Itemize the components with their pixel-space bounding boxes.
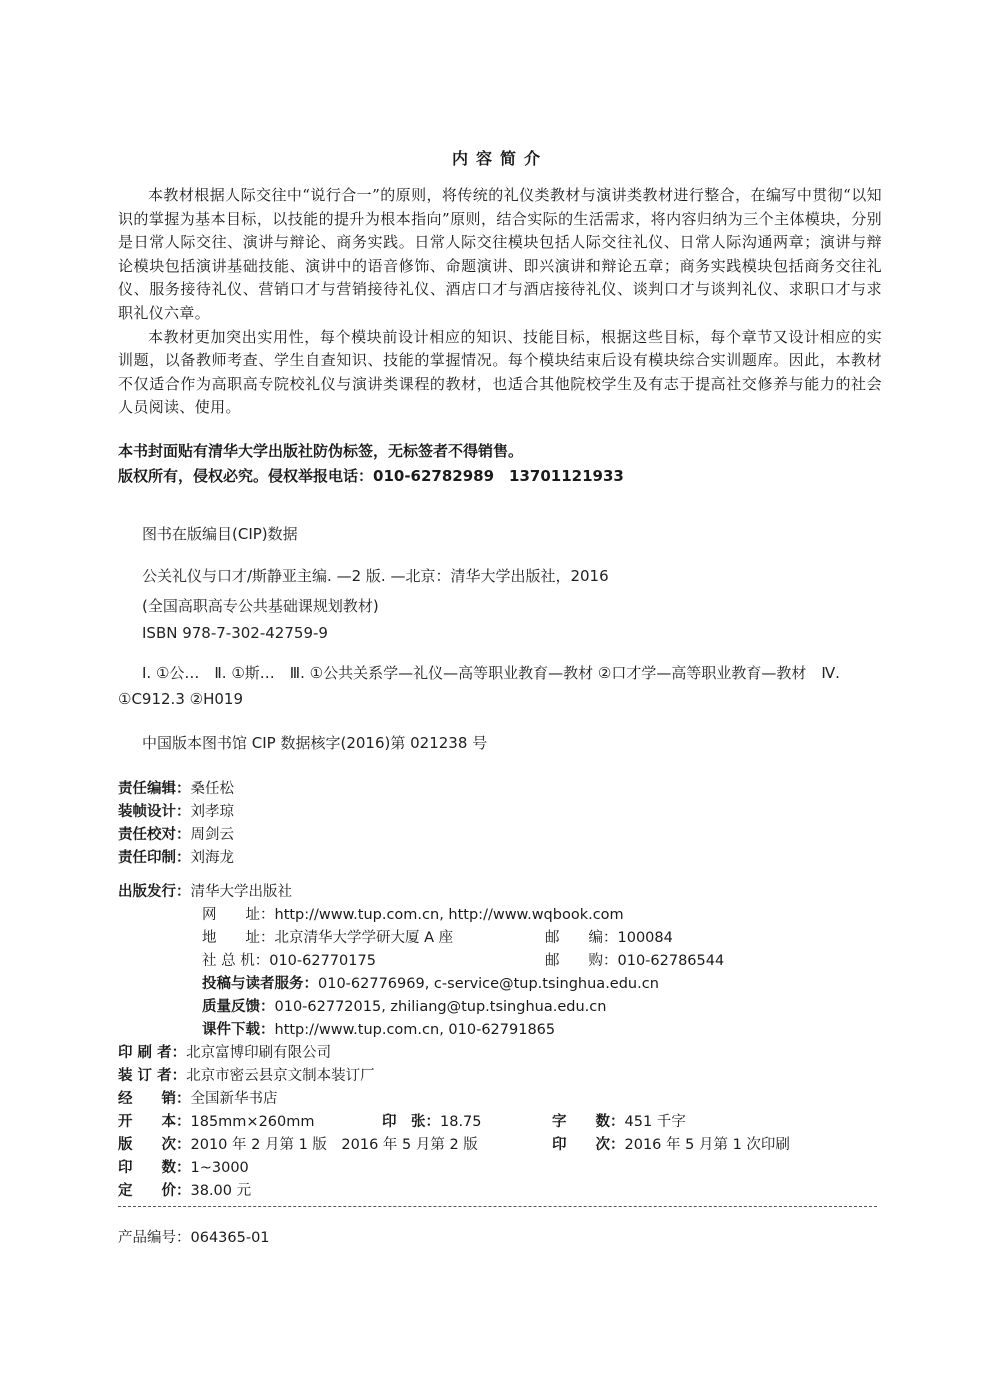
staff-label: 责任校对：	[118, 823, 191, 844]
staff-label: 装帧设计：	[118, 800, 191, 821]
impression-row: 印 次：2016 年 5 月第 1 次印刷	[552, 1133, 790, 1154]
staff-value: 桑任松	[191, 781, 235, 797]
staff-print-manager: 责任印制：刘海龙	[118, 846, 234, 867]
switchboard-row: 社 总 机：010-62770175	[202, 949, 376, 970]
cip-heading: 图书在版编目(CIP)数据	[142, 523, 298, 544]
binder-label: 装 订 者：	[118, 1064, 186, 1085]
wordcount-label: 字 数：	[552, 1110, 625, 1131]
cip-classification-text: Ⅰ. ①公… Ⅱ. ①斯… Ⅲ. ①公共关系学—礼仪—高等职业教育—教材 ②口才…	[118, 660, 882, 712]
distributor-value: 全国新华书店	[191, 1091, 278, 1107]
cip-record: 中国版本图书馆 CIP 数据核字(2016)第 021238 号	[142, 732, 487, 753]
courseware-row: 课件下载：http://www.tup.com.cn, 010-62791865	[202, 1018, 555, 1039]
address-value: 北京清华大学学研大厦 A 座	[275, 930, 454, 946]
staff-value: 刘海龙	[191, 850, 235, 866]
courseware-value: http://www.tup.com.cn, 010-62791865	[275, 1022, 556, 1038]
staff-label: 责任编辑：	[118, 777, 191, 798]
page-title: 内容简介	[0, 146, 1000, 169]
edition-label: 版 次：	[118, 1133, 191, 1154]
price-value: 38.00 元	[191, 1183, 252, 1199]
copyright-notice: 版权所有，侵权必究。侵权举报电话：010-62782989 1370112193…	[118, 465, 624, 486]
address-row: 地 址：北京清华大学学研大厦 A 座	[202, 926, 453, 947]
distributor-row: 经 销：全国新华书店	[118, 1087, 278, 1108]
wordcount-row: 字 数：451 千字	[552, 1110, 686, 1131]
distributor-label: 经 销：	[118, 1087, 191, 1108]
print-run-label: 印 数：	[118, 1156, 191, 1177]
mail-order-row: 邮 购：010-62786544	[545, 949, 724, 970]
publisher-row: 出版发行：清华大学出版社	[118, 880, 292, 901]
intro-paragraph-1: 本教材根据人际交往中“说行合一”的原则，将传统的礼仪类教材与演讲类教材进行整合，…	[118, 184, 882, 326]
postcode-label: 邮 编：	[545, 930, 618, 946]
feedback-label: 质量反馈：	[202, 995, 275, 1016]
switchboard-label: 社 总 机：	[202, 953, 269, 969]
product-code: 产品编号：064365-01	[118, 1226, 270, 1247]
feedback-value: 010-62772015, zhiliang@tup.tsinghua.edu.…	[275, 999, 607, 1015]
cip-isbn: ISBN 978-7-302-42759-9	[142, 624, 328, 642]
staff-designer: 装帧设计：刘孝琼	[118, 800, 234, 821]
courseware-label: 课件下载：	[202, 1018, 275, 1039]
staff-proofreader: 责任校对：周剑云	[118, 823, 234, 844]
format-value: 185mm×260mm	[191, 1114, 315, 1130]
publisher-label: 出版发行：	[118, 880, 191, 901]
staff-editor: 责任编辑：桑任松	[118, 777, 234, 798]
reader-service-row: 投稿与读者服务：010-62776969, c-service@tup.tsin…	[202, 972, 659, 993]
address-label: 地 址：	[202, 930, 275, 946]
printer-label: 印 刷 者：	[118, 1041, 186, 1062]
reader-service-value: 010-62776969, c-service@tup.tsinghua.edu…	[318, 976, 659, 992]
feedback-row: 质量反馈：010-62772015, zhiliang@tup.tsinghua…	[202, 995, 606, 1016]
postcode-row: 邮 编：100084	[545, 926, 673, 947]
binder-value: 北京市密云县京文制本装订厂	[186, 1068, 375, 1084]
website-row: 网 址：http://www.tup.com.cn, http://www.wq…	[202, 903, 624, 924]
intro-section: 本教材根据人际交往中“说行合一”的原则，将传统的礼仪类教材与演讲类教材进行整合，…	[118, 184, 882, 420]
publisher-name: 清华大学出版社	[191, 884, 293, 900]
printer-value: 北京富博印刷有限公司	[186, 1045, 331, 1061]
price-row: 定 价：38.00 元	[118, 1179, 251, 1200]
anti-counterfeit-notice: 本书封面贴有清华大学出版社防伪标签，无标签者不得销售。	[118, 440, 523, 461]
reader-service-label: 投稿与读者服务：	[202, 972, 318, 993]
printer-row: 印 刷 者：北京富博印刷有限公司	[118, 1041, 331, 1062]
mail-order-value: 010-62786544	[618, 953, 725, 969]
impression-value: 2016 年 5 月第 1 次印刷	[625, 1137, 790, 1153]
price-label: 定 价：	[118, 1179, 191, 1200]
website-label: 网 址：	[202, 907, 275, 923]
sheets-row: 印 张：18.75	[382, 1110, 482, 1131]
mail-order-label: 邮 购：	[545, 953, 618, 969]
cip-title-line: 公关礼仪与口才/斯静亚主编. —2 版. —北京：清华大学出版社，2016	[142, 565, 609, 586]
cip-series: (全国高职高专公共基础课规划教材)	[142, 595, 379, 616]
intro-paragraph-2: 本教材更加突出实用性，每个模块前设计相应的知识、技能目标，根据这些目标，每个章节…	[118, 326, 882, 420]
print-run-row: 印 数：1~3000	[118, 1156, 249, 1177]
print-run-value: 1~3000	[191, 1160, 249, 1176]
format-row: 开 本：185mm×260mm	[118, 1110, 315, 1131]
dashed-divider	[118, 1206, 877, 1207]
staff-value: 周剑云	[191, 827, 235, 843]
cip-classification: Ⅰ. ①公… Ⅱ. ①斯… Ⅲ. ①公共关系学—礼仪—高等职业教育—教材 ②口才…	[118, 660, 882, 712]
edition-row: 版 次：2010 年 2 月第 1 版 2016 年 5 月第 2 版	[118, 1133, 478, 1154]
staff-label: 责任印制：	[118, 846, 191, 867]
sheets-value: 18.75	[440, 1114, 482, 1130]
binder-row: 装 订 者：北京市密云县京文制本装订厂	[118, 1064, 375, 1085]
format-label: 开 本：	[118, 1110, 191, 1131]
edition-value: 2010 年 2 月第 1 版 2016 年 5 月第 2 版	[191, 1137, 478, 1153]
website-value: http://www.tup.com.cn, http://www.wqbook…	[275, 907, 624, 923]
staff-value: 刘孝琼	[191, 804, 235, 820]
sheets-label: 印 张：	[382, 1110, 440, 1131]
postcode-value: 100084	[618, 930, 673, 946]
impression-label: 印 次：	[552, 1133, 625, 1154]
wordcount-value: 451 千字	[625, 1114, 686, 1130]
switchboard-value: 010-62770175	[269, 953, 376, 969]
